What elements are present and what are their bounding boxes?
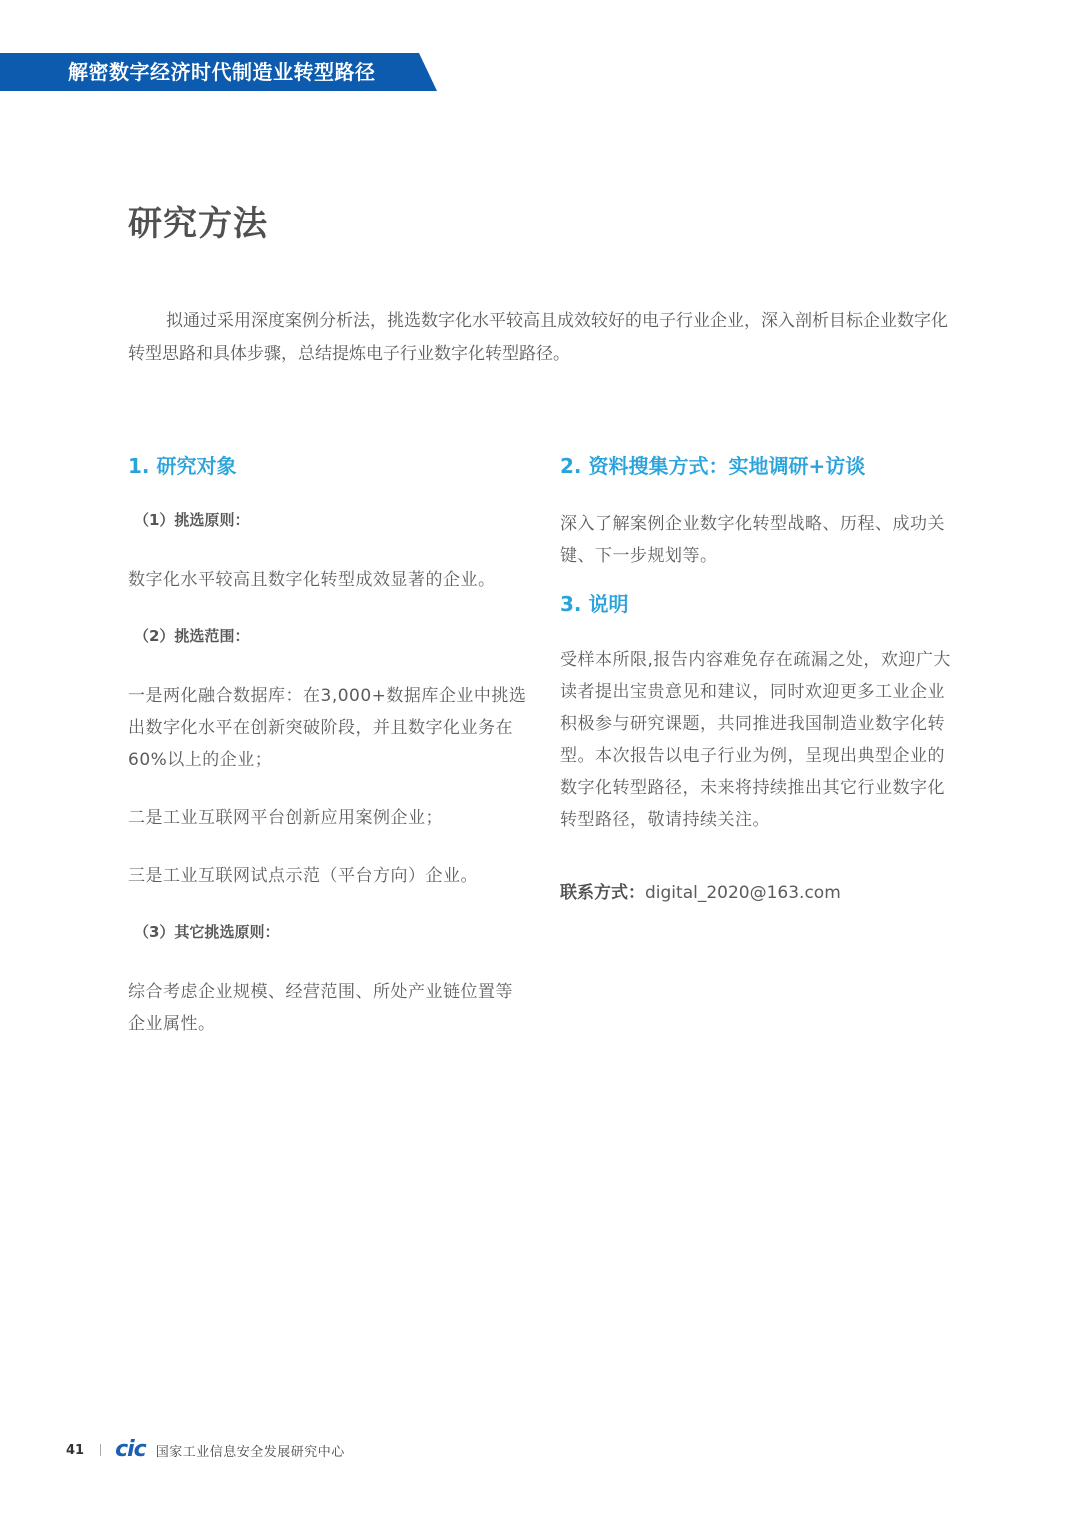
contact-line: 联系方式：digital_2020@163.com [560,878,960,908]
subtitle-selection-principle: （1）挑选原则： [128,506,528,534]
page-title: 研究方法 [128,196,268,245]
selection-principle-text: 数字化水平较高且数字化转型成效显著的企业。 [128,564,528,596]
footer-divider [100,1444,101,1456]
contact-email[interactable]: digital_2020@163.com [645,883,841,903]
scope-item-3: 三是工业互联网试点示范（平台方向）企业。 [128,860,528,892]
subtitle-other-principles: （3）其它挑选原则： [128,918,528,946]
section-title-research-object: 1. 研究对象 [128,448,528,484]
left-column: 1. 研究对象 （1）挑选原则： 数字化水平较高且数字化转型成效显著的企业。 （… [128,448,528,1040]
cic-logo: cic [115,1438,146,1462]
right-column: 2. 资料搜集方式：实地调研+访谈 深入了解案例企业数字化转型战略、历程、成功关… [560,448,960,908]
page-number: 41 [66,1443,84,1458]
contact-label: 联系方式： [560,883,645,903]
intro-paragraph: 拟通过采用深度案例分析法，挑选数字化水平较高且成效较好的电子行业企业，深入剖析目… [128,305,958,371]
header-banner: 解密数字经济时代制造业转型路径 [0,53,437,91]
subtitle-selection-scope: （2）挑选范围： [128,622,528,650]
page-footer: 41 cic 国家工业信息安全发展研究中心 [66,1438,345,1462]
scope-item-2: 二是工业互联网平台创新应用案例企业； [128,802,528,834]
notes-text: 受样本所限,报告内容难免存在疏漏之处，欢迎广大读者提出宝贵意见和建议，同时欢迎更… [560,644,960,836]
section-title-notes: 3. 说明 [560,586,960,622]
data-collection-text: 深入了解案例企业数字化转型战略、历程、成功关键、下一步规划等。 [560,508,960,572]
section-title-data-collection: 2. 资料搜集方式：实地调研+访谈 [560,448,960,484]
other-principles-text: 综合考虑企业规模、经营范围、所处产业链位置等企业属性。 [128,976,528,1040]
banner-title: 解密数字经济时代制造业转型路径 [68,53,376,91]
organization-name: 国家工业信息安全发展研究中心 [156,1441,345,1460]
scope-item-1: 一是两化融合数据库：在3,000+数据库企业中挑选出数字化水平在创新突破阶段，并… [128,680,528,776]
